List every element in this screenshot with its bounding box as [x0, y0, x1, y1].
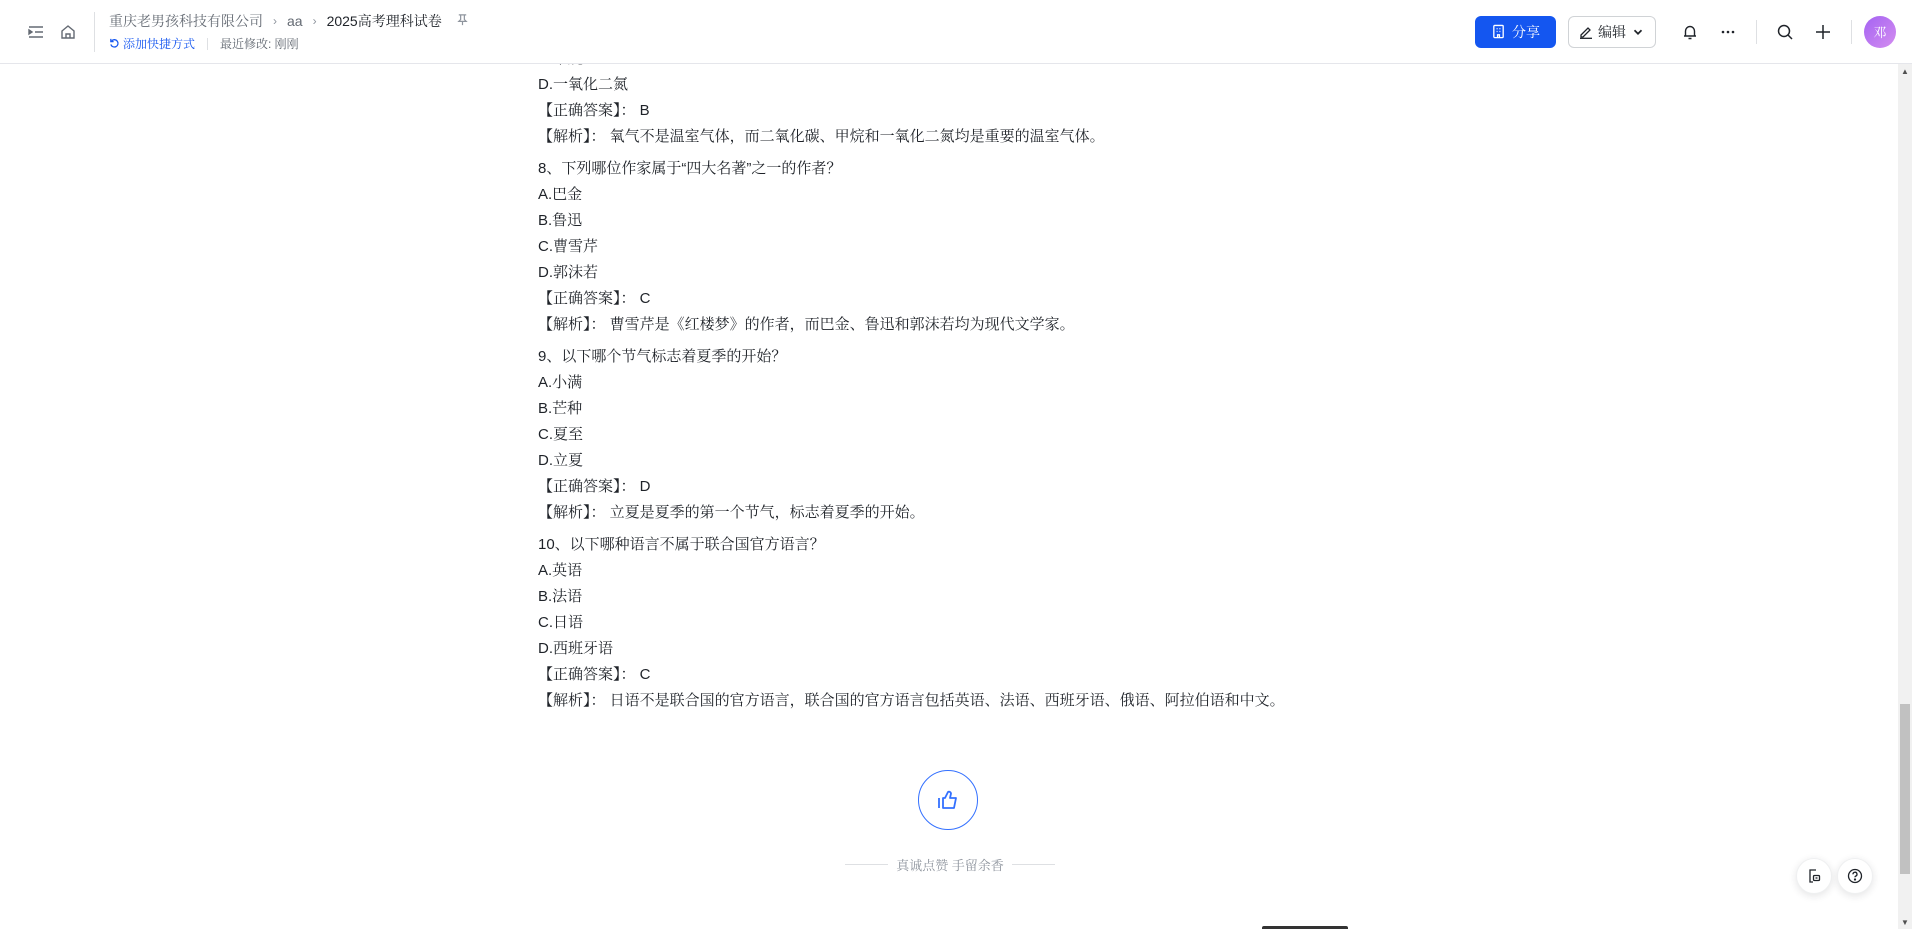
- option-line: C.夏至: [538, 422, 1358, 448]
- add-shortcut-label: 添加快捷方式: [123, 35, 195, 52]
- answer-line: 【正确答案】： B: [538, 98, 1358, 124]
- divider: [1851, 20, 1852, 44]
- answer-line: 【正确答案】： D: [538, 474, 1358, 500]
- like-caption: 真诚点赞 手留余香: [845, 855, 1055, 874]
- divider: [207, 38, 208, 50]
- pencil-icon: [1579, 25, 1593, 39]
- shortcut-icon: [109, 38, 120, 49]
- scrollbar-thumb[interactable]: [1900, 704, 1910, 874]
- scroll-up-arrow-icon[interactable]: ▲: [1898, 64, 1912, 78]
- question-title: 10、以下哪种语言不属于联合国官方语言？: [538, 532, 1358, 558]
- option-line: A.小满: [538, 370, 1358, 396]
- analysis-line: 【解析】： 立夏是夏季的第一个节气，标志着夏季的开始。: [538, 500, 1358, 526]
- header-left: 重庆老男孩科技有限公司 › aa › 2025高考理科试卷 添加快捷方式 最近修…: [0, 0, 469, 63]
- question-title: 8、下列哪位作家属于“四大名著”之一的作者？: [538, 156, 1358, 182]
- vertical-scrollbar[interactable]: ▲ ▼: [1898, 64, 1912, 929]
- breadcrumb: 重庆老男孩科技有限公司 › aa › 2025高考理科试卷: [109, 11, 469, 31]
- question-title: 9、以下哪个节气标志着夏季的开始？: [538, 344, 1358, 370]
- edit-label: 编辑: [1598, 22, 1626, 42]
- option-line: C.甲烷: [538, 64, 1358, 72]
- thumbs-up-icon: [935, 787, 961, 813]
- option-line: D.一氧化二氮: [538, 72, 1358, 98]
- analysis-line: 【解析】： 日语不是联合国的官方语言，联合国的官方语言包括英语、法语、西班牙语、…: [538, 688, 1358, 714]
- answer-line: 【正确答案】： C: [538, 662, 1358, 688]
- outline-toggle-icon[interactable]: [22, 18, 50, 46]
- title-block: 重庆老男孩科技有限公司 › aa › 2025高考理科试卷 添加快捷方式 最近修…: [109, 11, 469, 52]
- search-icon[interactable]: [1769, 16, 1801, 48]
- share-button[interactable]: 分享: [1475, 16, 1556, 48]
- header-right: 分享 编辑 邓: [1475, 0, 1912, 63]
- help-button[interactable]: [1837, 858, 1873, 894]
- bell-icon[interactable]: [1674, 16, 1706, 48]
- scroll-down-arrow-icon[interactable]: ▼: [1898, 915, 1912, 929]
- divider: [845, 864, 888, 865]
- top-header: 重庆老男孩科技有限公司 › aa › 2025高考理科试卷 添加快捷方式 最近修…: [0, 0, 1912, 64]
- breadcrumb-item-folder[interactable]: aa: [287, 13, 303, 29]
- analysis-line: 【解析】： 氧气不是温室气体，而二氧化碳、甲烷和一氧化二氮均是重要的温室气体。: [538, 124, 1358, 150]
- breadcrumb-item-company[interactable]: 重庆老男孩科技有限公司: [109, 11, 263, 31]
- answer-line: 【正确答案】： C: [538, 286, 1358, 312]
- avatar[interactable]: 邓: [1864, 16, 1896, 48]
- document-body: C.甲烷 D.一氧化二氮 【正确答案】： B 【解析】： 氧气不是温室气体，而二…: [538, 64, 1358, 714]
- chevron-down-icon: [1631, 25, 1645, 39]
- divider: [1012, 864, 1055, 865]
- option-line: B.鲁迅: [538, 208, 1358, 234]
- chevron-right-icon: ›: [313, 14, 317, 28]
- like-caption-text: 真诚点赞 手留余香: [896, 855, 1004, 874]
- option-line: B.法语: [538, 584, 1358, 610]
- plus-icon[interactable]: [1807, 16, 1839, 48]
- building-icon: [1491, 24, 1506, 39]
- help-icon: [1847, 868, 1863, 884]
- option-line: D.郭沫若: [538, 260, 1358, 286]
- option-line: A.英语: [538, 558, 1358, 584]
- doc-comment-button[interactable]: [1796, 858, 1832, 894]
- share-label: 分享: [1512, 22, 1540, 42]
- chevron-right-icon: ›: [273, 14, 277, 28]
- option-line: C.曹雪芹: [538, 234, 1358, 260]
- option-line: D.立夏: [538, 448, 1358, 474]
- divider: [1756, 20, 1757, 44]
- analysis-line: 【解析】： 曹雪芹是《红楼梦》的作者，而巴金、鲁迅和郭沫若均为现代文学家。: [538, 312, 1358, 338]
- doc-meta: 添加快捷方式 最近修改: 刚刚: [109, 35, 469, 52]
- like-button[interactable]: [918, 770, 978, 830]
- divider: [94, 12, 95, 52]
- pin-icon[interactable]: [456, 13, 469, 29]
- more-icon[interactable]: [1712, 16, 1744, 48]
- option-line: D.西班牙语: [538, 636, 1358, 662]
- option-line: C.日语: [538, 610, 1358, 636]
- last-modified: 最近修改: 刚刚: [220, 35, 299, 52]
- document-title[interactable]: 2025高考理科试卷: [327, 11, 442, 31]
- add-shortcut-link[interactable]: 添加快捷方式: [109, 35, 195, 52]
- option-line: A.巴金: [538, 182, 1358, 208]
- doc-comment-icon: [1806, 868, 1822, 884]
- edit-mode-dropdown[interactable]: 编辑: [1568, 16, 1656, 48]
- home-icon[interactable]: [54, 18, 82, 46]
- option-line: B.芒种: [538, 396, 1358, 422]
